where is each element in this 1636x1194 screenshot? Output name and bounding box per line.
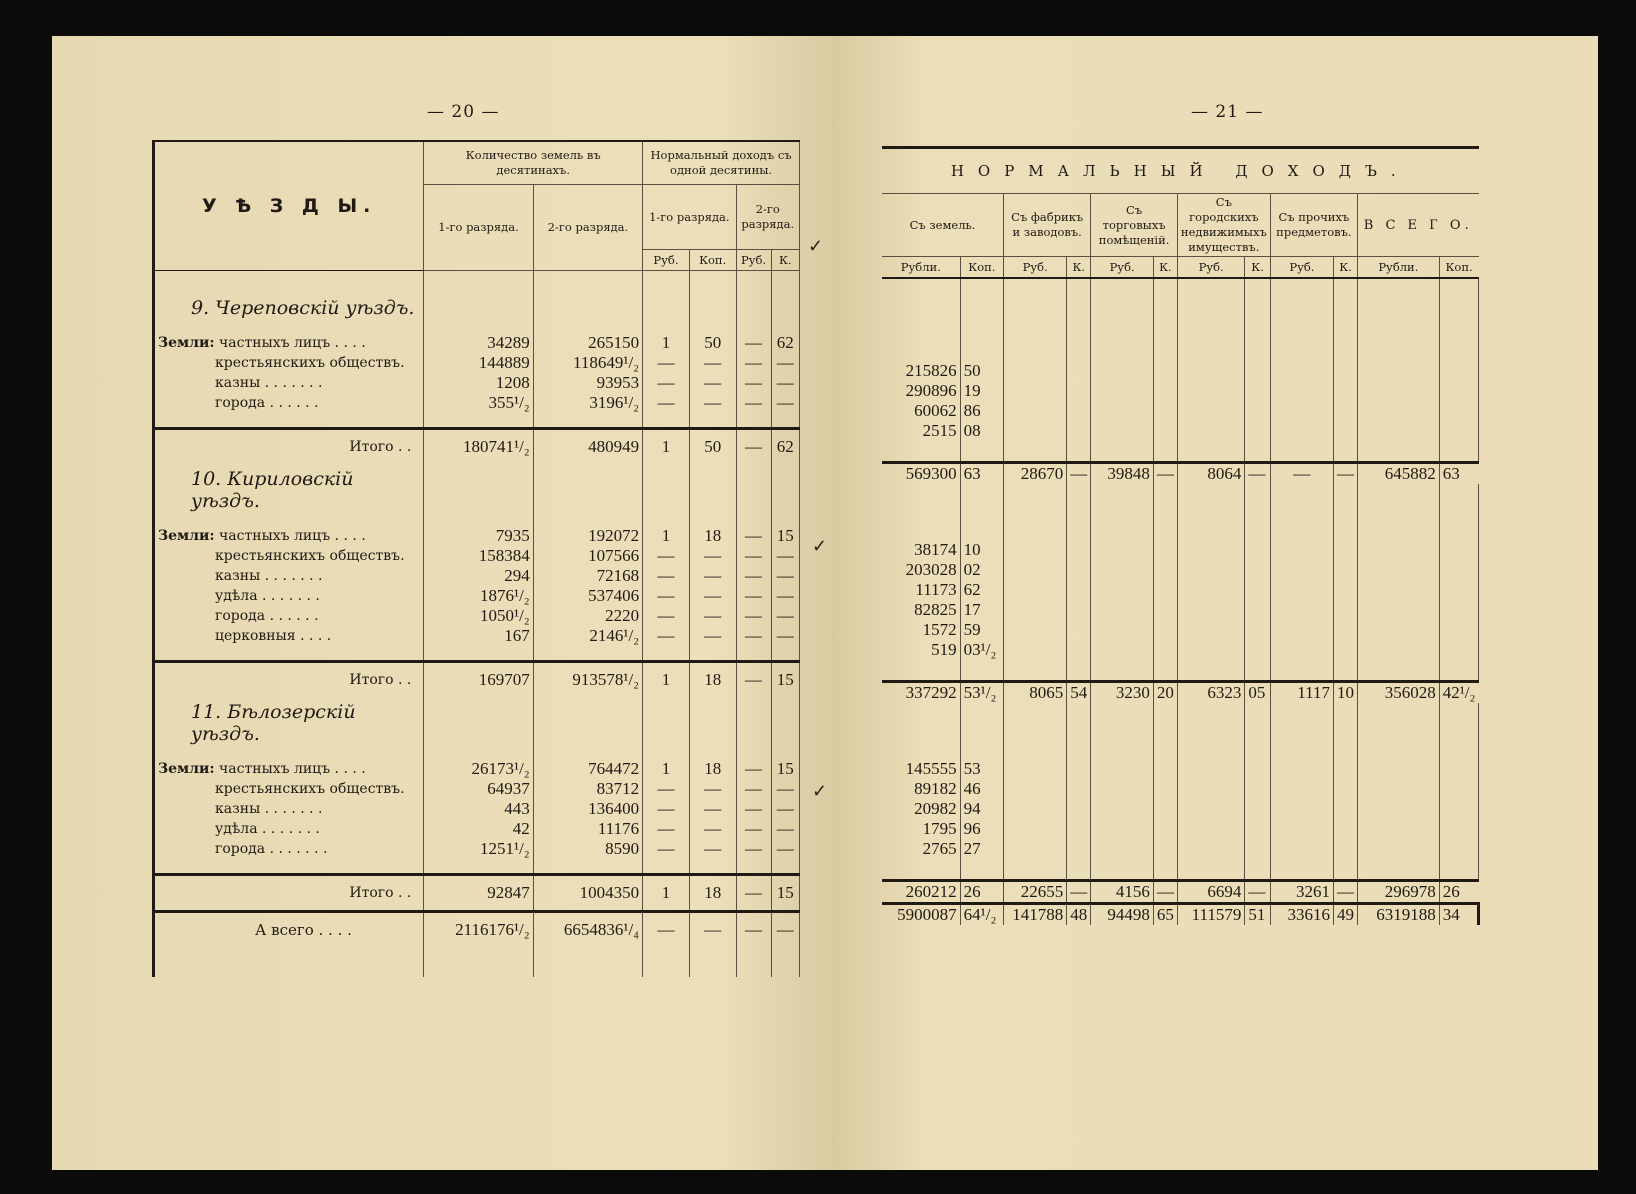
table-cell: — [1067,463,1091,485]
income-cat1-header: 1-го разряда. [643,185,736,250]
table-cell [424,413,533,429]
table-cell [736,464,771,512]
table-cell: — [771,373,799,393]
table-cell: 48 [1067,904,1091,926]
table-cell [1270,859,1333,881]
table-cell: 72168 [533,566,642,586]
table-cell: 294 [424,566,533,586]
income-per-desiatina-header: Нормальный доходъ съ одной десятины. [643,141,800,185]
table-cell [1153,401,1177,421]
table-cell [533,413,642,429]
table-cell: Земли: частныхъ лицъ . . . . [154,333,424,353]
table-cell: 64¹/₂ [960,904,1003,926]
table-cell: — [771,839,799,859]
table-cell [1177,859,1245,881]
table-cell [736,947,771,977]
table-cell: — [736,393,771,413]
table-cell: 27 [960,839,1003,859]
table-cell: — [771,779,799,799]
table-cell: 65 [1153,904,1177,926]
table-cell [1245,839,1270,859]
table-cell: 1050¹/₂ [424,606,533,626]
table-cell [1004,660,1067,682]
table-cell [424,745,533,759]
table-cell: 145555 [882,759,960,779]
table-cell: — [689,546,736,566]
table-cell: 42¹/₂ [1439,682,1478,704]
table-cell: 1 [643,333,690,353]
table-cell [1334,779,1358,799]
table-cell [1270,819,1333,839]
table-cell [1334,839,1358,859]
table-cell: 5900087 [882,904,960,926]
table-cell [154,947,424,977]
table-cell [1334,859,1358,881]
table-cell: 59 [960,620,1003,640]
table-cell [1067,799,1091,819]
table-cell: — [736,875,771,912]
table-cell: — [643,353,690,373]
table-cell [1334,759,1358,779]
table-cell [1004,779,1067,799]
table-cell [689,745,736,759]
table-cell: — [643,393,690,413]
table-cell [689,271,736,320]
table-cell: 11173 [882,580,960,600]
table-cell: — [643,779,690,799]
table-cell: 107566 [533,546,642,566]
rubli-header: Рубли. [1358,257,1440,279]
table-cell: церковныя . . . . [154,626,424,646]
table-cell [1091,660,1154,682]
table-cell [1270,703,1333,759]
table-cell: 62 [771,333,799,353]
table-cell [882,703,960,759]
table-cell [1245,600,1270,620]
table-cell [1067,381,1091,401]
table-cell [1067,600,1091,620]
table-cell [882,484,960,540]
table-row: казны . . . . . . .120893953———— [154,373,800,393]
table-cell [1334,401,1358,421]
table-cell [1245,441,1270,463]
table-cell [736,745,771,759]
table-cell: 764472 [533,759,642,779]
table-cell [154,319,424,333]
table-cell: 1795 [882,819,960,839]
table-cell: 337292 [882,682,960,704]
table-cell [533,947,642,977]
table-cell [533,319,642,333]
table-cell [1091,381,1154,401]
table-cell [1091,620,1154,640]
table-row: удѣла . . . . . . .4211176———— [154,819,800,839]
table-row: крестьянскихъ обществъ.144889118649¹/₂——… [154,353,800,373]
total-row: 26021226 22655— 4156— 6694— 3261— 296978… [882,881,1479,904]
table-cell: 15 [771,526,799,546]
table-cell: города . . . . . . . [154,839,424,859]
table-cell: — [771,606,799,626]
table-cell [1334,799,1358,819]
table-cell: 15 [771,662,799,698]
table-cell [1334,703,1358,759]
table-cell [1270,660,1333,682]
table-cell: 1 [643,662,690,698]
table-cell [1439,703,1478,759]
table-cell [1245,580,1270,600]
table-cell [771,512,799,526]
table-cell: — [736,799,771,819]
table-cell [1270,640,1333,660]
table-row: крестьянскихъ обществъ.6493783712———— [154,779,800,799]
table-cell: — [736,662,771,698]
table-row: города . . . . . . .1251¹/₂8590———— [154,839,800,859]
table-cell [1439,779,1478,799]
table-cell [1245,540,1270,560]
table-cell: 1004350 [533,875,642,912]
table-cell [960,703,1003,759]
table-cell [960,859,1003,881]
table-cell: 2515 [882,421,960,441]
table-cell: — [643,839,690,859]
table-cell: 10 [960,540,1003,560]
table-cell: — [689,779,736,799]
table-cell: 62 [771,429,799,465]
table-cell [1004,819,1067,839]
table-cell: — [771,819,799,839]
table-cell [1004,620,1067,640]
table-cell [1091,441,1154,463]
table-cell [1153,421,1177,441]
table-cell [1177,441,1245,463]
table-cell [1270,839,1333,859]
table-cell [1091,580,1154,600]
table-cell: 11176 [533,819,642,839]
table-cell: 2220 [533,606,642,626]
table-cell [1270,799,1333,819]
table-cell [154,859,424,875]
table-cell [1067,421,1091,441]
rub-header: Руб. [1091,257,1154,279]
table-cell [1334,600,1358,620]
table-cell: — [689,819,736,839]
table-cell: 111579 [1177,904,1245,926]
table-cell [533,697,642,745]
table-cell: 86 [960,401,1003,421]
districts-header: У Ѣ З Д Ы. [154,141,424,271]
table-cell [1091,839,1154,859]
table-cell [1358,799,1440,819]
trade-header: Съ торговыхъ помѣщеній. [1091,194,1178,257]
table-cell [1334,819,1358,839]
grand-total-row: 590008764¹/₂ 14178848 9449865 11157951 3… [882,904,1479,926]
table-cell [1245,703,1270,759]
table-cell: 203028 [882,560,960,580]
table-cell: крестьянскихъ обществъ. [154,353,424,373]
table-cell: 64937 [424,779,533,799]
row-label: частныхъ лицъ . . . . [219,335,366,351]
table-cell [1067,441,1091,463]
table-cell [1439,441,1478,463]
table-cell: — [736,839,771,859]
table-cell [1004,703,1067,759]
table-row: Земли: частныхъ лицъ . . . .26173¹/₂7644… [154,759,800,779]
table-cell: 913578¹/₂ [533,662,642,698]
table-cell [1439,759,1478,779]
table-cell: 1876¹/₂ [424,586,533,606]
table-cell [1270,620,1333,640]
table-cell [1334,361,1358,381]
table-row: 20302802 [882,560,1479,580]
table-cell [960,484,1003,540]
kop-header: Коп. [960,257,1003,279]
table-cell: Земли: частныхъ лицъ . . . . [154,526,424,546]
table-cell: 02 [960,560,1003,580]
table-cell [1153,799,1177,819]
table-cell: — [689,353,736,373]
table-cell [1245,560,1270,580]
table-cell [1177,839,1245,859]
table-cell [1004,859,1067,881]
table-cell [1004,799,1067,819]
table-cell [533,464,642,512]
table-cell [1177,799,1245,819]
table-cell: — [643,566,690,586]
table-cell: 136400 [533,799,642,819]
table-cell [736,413,771,429]
table-cell: 82825 [882,600,960,620]
table-cell [771,859,799,875]
table-cell: 15 [771,759,799,779]
table-cell: — [689,799,736,819]
table-cell: — [771,393,799,413]
table-cell [1177,381,1245,401]
table-cell [1439,660,1478,682]
table-cell: 94498 [1091,904,1154,926]
table-cell [689,646,736,662]
table-cell: 443 [424,799,533,819]
table-cell [960,441,1003,463]
table-cell: 167 [424,626,533,646]
table-cell: 33616 [1270,904,1333,926]
table-row: крестьянскихъ обществъ.158384107566———— [154,546,800,566]
table-cell [1091,779,1154,799]
table-cell [533,271,642,320]
table-cell [1091,600,1154,620]
table-cell [1439,580,1478,600]
table-cell [1153,278,1177,361]
table-cell: Земли: частныхъ лицъ . . . . [154,759,424,779]
table-cell: 03¹/₂ [960,640,1003,660]
table-cell: — [643,606,690,626]
table-cell: 34289 [424,333,533,353]
table-cell [1439,484,1478,540]
table-cell [643,413,690,429]
table-cell: 355¹/₂ [424,393,533,413]
table-cell [1067,859,1091,881]
table-cell [1067,540,1091,560]
table-cell [1153,759,1177,779]
table-cell: — [771,566,799,586]
table-cell: 34 [1439,904,1478,926]
table-cell [771,646,799,662]
table-cell: Итого . . [154,429,424,465]
table-cell [1177,759,1245,779]
table-cell [643,319,690,333]
income-cat2-header: 2-го разряда. [736,185,799,250]
table-cell [1091,484,1154,540]
table-cell [1439,540,1478,560]
rub-header: Руб. [1004,257,1067,279]
table-cell [1270,401,1333,421]
table-cell [1439,361,1478,381]
table-cell [424,271,533,320]
table-cell: удѣла . . . . . . . [154,586,424,606]
table-cell [1004,381,1067,401]
table-cell: 26 [1439,881,1478,904]
table-cell [1334,660,1358,682]
table-cell: А всего . . . . [154,912,424,948]
rub-header: Руб. [643,250,690,271]
table-cell: 192072 [533,526,642,546]
table-cell [1177,484,1245,540]
table-cell: — [736,586,771,606]
table-cell [1177,819,1245,839]
table-row: 276527 [882,839,1479,859]
table-row: казны . . . . . . .443136400———— [154,799,800,819]
table-cell [1270,361,1333,381]
table-cell: 42 [424,819,533,839]
table-cell: — [736,429,771,465]
table-cell [1270,421,1333,441]
table-cell: 180741¹/₂ [424,429,533,465]
table-cell [1067,361,1091,381]
table-cell: 53 [960,759,1003,779]
table-cell: 39848 [1091,463,1154,485]
table-cell [1439,859,1478,881]
table-cell: 19 [960,381,1003,401]
table-cell [1439,799,1478,819]
table-cell: 10 [1334,682,1358,704]
table-cell [1358,421,1440,441]
table-row: 179596 [882,819,1479,839]
income-title: НОРМАЛЬНЫЙ ДОХОДЪ. [882,148,1479,194]
table-cell: — [689,912,736,948]
rub-header-2: Руб. [736,250,771,271]
table-cell: 296978 [1358,881,1440,904]
table-cell: Итого . . [154,875,424,912]
table-cell: 2146¹/₂ [533,626,642,646]
table-cell [771,697,799,745]
table-row: удѣла . . . . . . .1876¹/₂537406———— [154,586,800,606]
total-row: Итого . .169707913578¹/₂118—15 [154,662,800,698]
table-cell: — [736,353,771,373]
table-cell: — [1245,463,1270,485]
table-cell: — [1153,463,1177,485]
table-cell [1439,381,1478,401]
table-cell [1177,640,1245,660]
table-cell [689,859,736,875]
table-cell [643,512,690,526]
table-cell: 22655 [1004,881,1067,904]
table-cell: 215826 [882,361,960,381]
district-title: 9. Череповскій уѣздъ. [154,271,424,320]
table-cell: 18 [689,662,736,698]
table-cell [154,646,424,662]
kop-header: Коп. [1439,257,1478,279]
table-cell [1270,759,1333,779]
table-row: церковныя . . . .1672146¹/₂———— [154,626,800,646]
table-cell: 8064 [1177,463,1245,485]
table-row: 3817410 [882,540,1479,560]
table-cell [1245,620,1270,640]
table-cell: 26173¹/₂ [424,759,533,779]
table-cell: — [736,373,771,393]
table-cell [736,512,771,526]
table-cell: — [643,626,690,646]
table-cell [424,646,533,662]
table-cell [1358,859,1440,881]
table-cell [1067,401,1091,421]
table-cell [1358,361,1440,381]
table-cell: — [771,586,799,606]
table-cell [1153,441,1177,463]
table-cell [1358,381,1440,401]
table-cell: казны . . . . . . . [154,566,424,586]
table-cell [1067,660,1091,682]
table-cell [1153,560,1177,580]
table-cell [1270,779,1333,799]
table-cell: города . . . . . . [154,393,424,413]
table-cell: — [1270,463,1333,485]
table-cell [1358,779,1440,799]
table-cell: 356028 [1358,682,1440,704]
table-cell [1439,401,1478,421]
urban-property-header: Съ городскихъ недвижимыхъ имуществъ. [1177,194,1270,257]
stitch-mark: ✓ [812,781,827,802]
table-row: 14555553 [882,759,1479,779]
table-cell [882,859,960,881]
table-cell [1245,799,1270,819]
table-cell: — [689,839,736,859]
table-cell [1004,560,1067,580]
table-cell: 537406 [533,586,642,606]
table-row: 251508 [882,421,1479,441]
table-cell: 1251¹/₂ [424,839,533,859]
table-cell [424,319,533,333]
total-header: В С Е Г О. [1358,194,1479,257]
table-cell [736,319,771,333]
table-cell [1358,660,1440,682]
table-cell [1439,620,1478,640]
rub-header: Руб. [1177,257,1245,279]
table-cell [643,646,690,662]
table-cell: — [689,606,736,626]
table-cell: 4156 [1091,881,1154,904]
table-cell [1004,600,1067,620]
table-cell: 49 [1334,904,1358,926]
table-cell: крестьянскихъ обществъ. [154,546,424,566]
table-row: 6006286 [882,401,1479,421]
table-cell: — [689,626,736,646]
table-cell [533,512,642,526]
table-cell: казны . . . . . . . [154,373,424,393]
table-cell [1358,441,1440,463]
table-cell [1334,381,1358,401]
table-cell [1270,441,1333,463]
table-cell: 20 [1153,682,1177,704]
table-cell [1245,759,1270,779]
